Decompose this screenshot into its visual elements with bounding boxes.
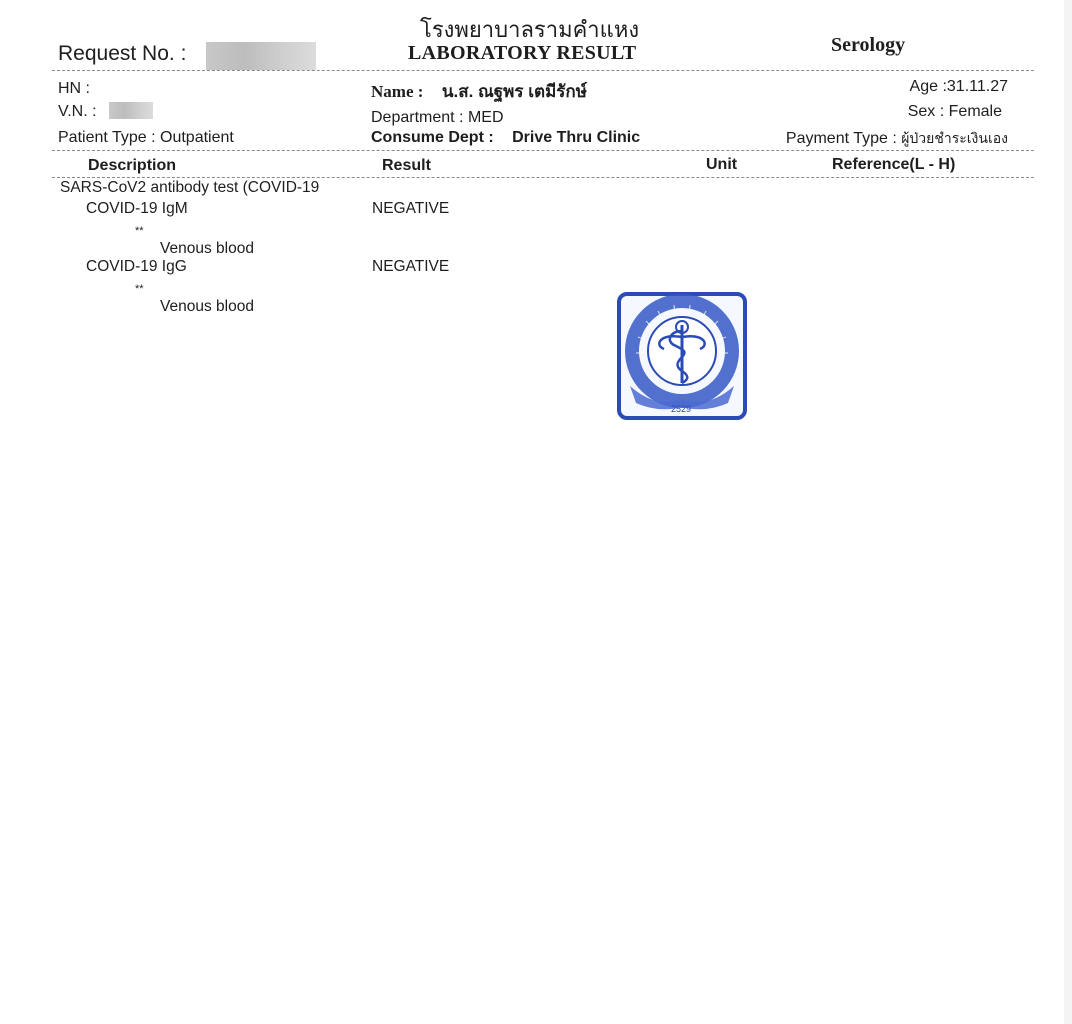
patient-type-value: Outpatient	[160, 129, 234, 146]
document-title: LABORATORY RESULT	[408, 42, 636, 65]
divider	[52, 150, 1034, 151]
vn-redacted	[109, 102, 153, 119]
hn-label: HN :	[58, 80, 90, 98]
test-name: COVID-19 IgG	[86, 258, 187, 276]
department-value: MED	[468, 109, 504, 126]
column-header-reference: Reference(L - H)	[832, 156, 955, 174]
test-group-title: SARS-CoV2 antibody test (COVID-19	[60, 179, 319, 197]
section-title: Serology	[831, 34, 905, 57]
department-field: Department : MED	[371, 109, 504, 127]
seal-year: 2529	[671, 404, 691, 414]
sex-label: Sex :	[908, 103, 944, 120]
request-no-label: Request No. :	[58, 42, 186, 66]
divider	[52, 70, 1034, 71]
department-label: Department :	[371, 109, 463, 126]
vn-label: V.N. :	[58, 103, 97, 121]
payment-type-label: Payment Type :	[786, 130, 897, 147]
specimen-type: Venous blood	[160, 240, 254, 258]
name-label: Name :	[371, 82, 423, 101]
divider	[52, 177, 1034, 178]
payment-type-field: Payment Type : ผู้ป่วยชำระเงินเอง	[786, 128, 1008, 150]
request-no-redacted	[206, 42, 316, 70]
consume-dept-value: Drive Thru Clinic	[512, 129, 640, 146]
consume-dept-field: Consume Dept : Drive Thru Clinic	[371, 129, 640, 147]
test-result: NEGATIVE	[372, 200, 449, 218]
age-field: Age :31.11.27	[910, 78, 1008, 96]
column-header-description: Description	[88, 157, 176, 175]
age-label: Age :	[910, 78, 947, 95]
consume-dept-label: Consume Dept :	[371, 129, 494, 146]
specimen-type: Venous blood	[160, 298, 254, 316]
patient-type-field: Patient Type : Outpatient	[58, 129, 234, 147]
name-field: Name : น.ส. ณฐพร เตมีรักษ์	[371, 78, 587, 105]
payment-type-value: ผู้ป่วยชำระเงินเอง	[901, 130, 1008, 146]
page-edge	[1064, 0, 1072, 1024]
sex-value: Female	[949, 103, 1002, 120]
hospital-seal-icon: 2529	[616, 291, 748, 421]
test-name: COVID-19 IgM	[86, 200, 188, 218]
name-value: น.ส. ณฐพร เตมีรักษ์	[442, 82, 587, 101]
specimen-marker: **	[135, 225, 144, 237]
age-value: 31.11.27	[947, 78, 1008, 95]
test-result: NEGATIVE	[372, 258, 449, 276]
lab-result-document: โรงพยาบาลรามคำแหง LABORATORY RESULT Requ…	[0, 0, 1072, 1024]
sex-field: Sex : Female	[908, 103, 1002, 121]
column-header-result: Result	[382, 157, 431, 175]
patient-type-label: Patient Type :	[58, 129, 156, 146]
column-header-unit: Unit	[706, 156, 737, 174]
specimen-marker: **	[135, 283, 144, 295]
